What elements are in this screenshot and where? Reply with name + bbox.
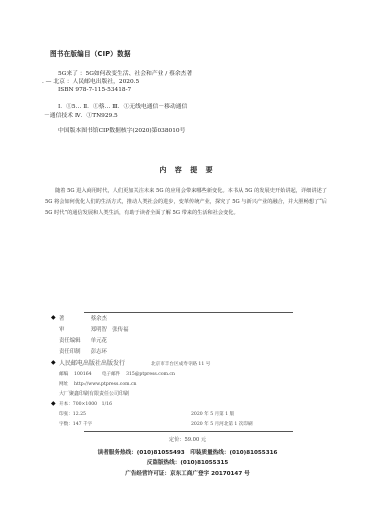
publisher-address: 北京市丰台区成寿寺路 11 号	[151, 361, 210, 367]
hotline-service: 读者服务热线：(010)81055493 印装质量热线：(010)8105531…	[0, 448, 375, 456]
cip-line-title: 5G来了 ：5G如何改变生活、社会和产业 / 蔡余杰著	[58, 70, 192, 78]
bullet-icon: ◆	[51, 359, 56, 366]
format-spec: 开本：700×1000 1/16	[59, 401, 112, 407]
price: 定价：59.00 元	[0, 436, 375, 443]
bullet-icon: ◆	[51, 314, 56, 321]
print-supervisor-name: 彭志环	[91, 349, 107, 355]
cip-title: 图书在版编目（CIP）数据	[50, 48, 131, 58]
sheets-spec: 印张：12.25	[59, 411, 86, 417]
ad-license: 广告经营许可证：京东工商广登字 20170147 号	[0, 469, 375, 477]
print-supervisor-row: 责任印制 彭志环	[59, 347, 107, 358]
author-name: 蔡余杰	[91, 316, 107, 322]
words-spec: 字数：147 千字	[59, 421, 92, 427]
reviewer-row: 审 郑明智 张传福	[59, 325, 128, 336]
website-row: 网址 http://www.ptpress.com.cn	[59, 381, 137, 387]
divider-bottom	[84, 431, 293, 432]
cip-line-isbn: ISBN 978-7-115-53418-7	[58, 86, 131, 94]
printing-company: 大厂聚鑫印刷有限责任公司印刷	[59, 390, 129, 397]
publisher-name: 人民邮电出版社出版发行	[59, 359, 125, 370]
website-url[interactable]: http://www.ptpress.com.cn	[74, 382, 136, 387]
printing-spec: 2020 年 5 月河北第 1 次印刷	[191, 421, 253, 427]
author-row: 著 蔡余杰	[59, 314, 107, 325]
email-value[interactable]: 315@ptpress.com.cn	[126, 372, 175, 377]
print-supervisor-label: 责任印制	[59, 347, 89, 358]
edition-spec: 2020 年 5 月第 1 版	[191, 411, 234, 417]
cip-line-classification-cont: －通信技术 Ⅳ．①TN929.5	[44, 112, 118, 120]
divider-top	[84, 312, 293, 313]
postcode-value: 100164	[74, 372, 92, 377]
cip-line-classification: Ⅰ．①5… Ⅱ．①蔡… Ⅲ．①无线电通信－移动通信	[58, 103, 187, 111]
website-label: 网址	[59, 382, 68, 387]
editor-name: 单元花	[91, 338, 107, 344]
summary-title: 内 容 提 要	[0, 165, 375, 175]
postcode-row: 邮编 100164 电子邮件 315@ptpress.com.cn	[59, 371, 175, 377]
reviewer-label: 审	[59, 325, 89, 336]
summary-body: 随着 5G 进入商用时代，人们更加关注未来 5G 的应用会带来哪些新变化。本书从…	[45, 186, 327, 218]
bullet-icon: ◆	[51, 400, 56, 407]
reviewer-names: 郑明智 张传福	[91, 327, 129, 333]
cip-line-record-number: 中国版本图书馆CIP数据核字(2020)第038010号	[58, 127, 185, 135]
author-label: 著	[59, 314, 89, 325]
postcode-label: 邮编	[59, 372, 68, 377]
hotline-antipiracy: 反盗版热线：(010)81055315	[0, 458, 375, 466]
editor-row: 责任编辑 单元花	[59, 336, 107, 347]
editor-label: 责任编辑	[59, 336, 89, 347]
cip-line-publisher: . — 北京 ：人民邮电出版社，2020.5	[42, 78, 139, 86]
email-label: 电子邮件	[102, 372, 120, 377]
